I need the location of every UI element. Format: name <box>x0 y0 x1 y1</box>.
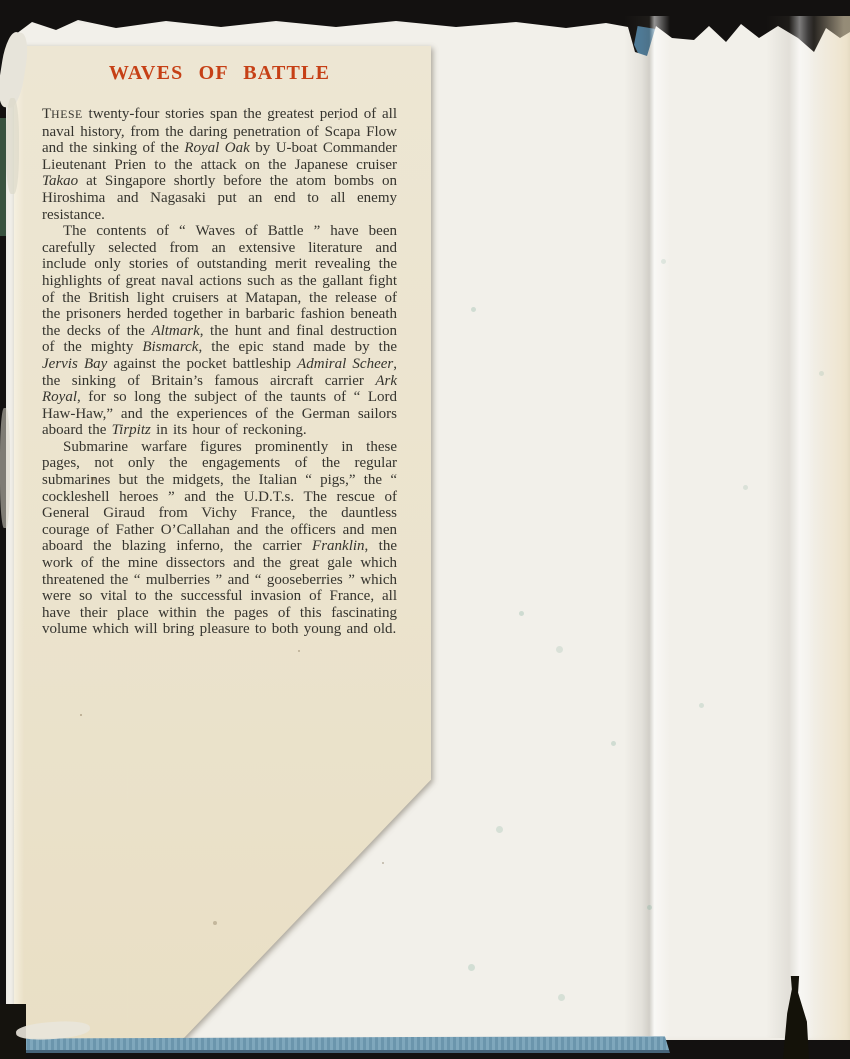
worn-paper-bit-top-left-2 <box>6 98 19 194</box>
worn-paper-bit-mid-left <box>0 408 10 528</box>
flap-title: WAVES OF BATTLE <box>42 60 397 86</box>
front-flap-paper: WAVES OF BATTLE THESE twenty-four storie… <box>14 46 431 1040</box>
flap-paragraph: THESE twenty-four stories span the great… <box>42 106 397 223</box>
paper-crease-main <box>624 16 670 1038</box>
flap-paragraph: The contents of “ Waves of Battle ” have… <box>42 223 397 439</box>
flap-specks <box>0 0 2 2</box>
paper-warm-edge <box>808 16 850 1040</box>
front-flap: WAVES OF BATTLE THESE twenty-four storie… <box>14 46 431 1040</box>
paper-crease-soft <box>766 16 814 1038</box>
flap-blurb: THESE twenty-four stories span the great… <box>42 106 397 638</box>
cloth-bottom-edge <box>24 1036 670 1053</box>
flap-paragraph: Submarine warfare figures prominently in… <box>42 439 397 638</box>
scanned-book-jacket: { "page": { "background_color": "#131110… <box>0 0 850 1059</box>
